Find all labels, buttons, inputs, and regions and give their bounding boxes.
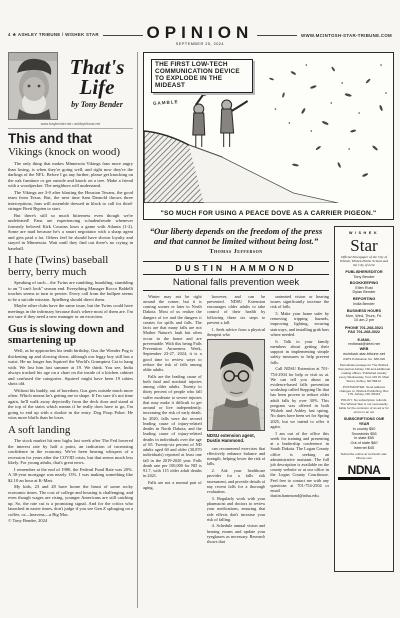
press-freedom-quote: “Our liberty depends on the freedom of t… <box>143 222 329 259</box>
dustin-hammond-photo <box>207 339 266 431</box>
paragraph: But there's still so much bitterness eve… <box>8 213 133 252</box>
paragraph: The stock market hit new highs last week… <box>8 438 133 466</box>
tony-bender-photo <box>8 52 58 120</box>
article-column-3: untreated vision or hearing issues signi… <box>270 294 329 546</box>
ndna-wordmark: NDNA <box>338 464 390 476</box>
page-content: That's Life by Tony Bender www.tonybende… <box>0 48 400 608</box>
thats-life-logo: That's Life by Tony Bender <box>61 52 133 109</box>
paragraph: My kids, 23 and 28 have borne the brunt … <box>8 484 133 517</box>
subscription-rates: In county $50Snowbirds $55In state $55Ou… <box>338 427 390 452</box>
postmaster-notice: POSTMASTER: Send address changes to: Wis… <box>338 386 390 398</box>
paragraph: 4. Schedule annual vision and hearing ex… <box>207 523 266 544</box>
story-body-4: The stock market hit new highs last week… <box>8 438 133 517</box>
newspaper-page: 4 ★ ASHLEY TRIBUNE / WISHEK STAR OPINION… <box>0 0 400 618</box>
story-headline-gus: Gus is slowing down and smartening up <box>8 324 133 347</box>
column-logo-byline: by Tony Bender <box>61 100 133 109</box>
paragraph: Without his buddy, out of boredom, Gus g… <box>8 388 133 421</box>
header-rule-left <box>103 35 143 36</box>
story-headline-this-and-that: This and that <box>8 132 133 146</box>
article-column-2: however, and can be prevented. NDSU Exte… <box>207 294 266 546</box>
web-address: mcintosh-star-tribune.net <box>338 352 390 357</box>
copyright-line: © Tony Bender, 2024 <box>8 518 133 523</box>
author-urls: www.tonybender.net • ashleytribune.net <box>8 120 133 129</box>
story-headline-soft-landing: A soft landing <box>8 425 133 436</box>
story-headline-twins: I hate (Twins) baseball berry, berry muc… <box>8 255 133 278</box>
paragraph: Falls are not a normal part of aging, <box>143 480 202 490</box>
ndna-logo: NDNA <box>338 464 390 480</box>
paragraph: can recommend exercises that effectively… <box>207 446 266 467</box>
paragraph: 3. Regularly work with your pharmacist a… <box>207 496 266 522</box>
bookkeeping-names: Ellen RustDylan Bender <box>338 286 390 296</box>
masthead-logo: Star <box>338 237 390 254</box>
paragraph: Winter may not be right around the corne… <box>143 294 202 373</box>
thats-life-header: That's Life by Tony Bender <box>8 52 133 120</box>
publisher-name: Tony Bender <box>338 275 390 280</box>
subscriptions-label: SUBSCRIPTIONS ONE YEAR <box>338 417 390 426</box>
paragraph: I remember at the end of 1980, the Feder… <box>8 467 133 484</box>
cartoon-sign: THE FIRST LOW-TECH COMMUNICATION DEVICE … <box>151 59 253 93</box>
paragraph: Maybe other clubs have the same issue, b… <box>8 303 133 320</box>
story-body-1: The only thing that makes Minnesota Viki… <box>8 161 133 251</box>
quote-attribution: Thomas Jefferson <box>149 248 323 255</box>
issue-date: SEPTEMBER 25, 2024 <box>147 42 254 46</box>
subscribe-online-note: Subscribe online at mcintosh-star-tribun… <box>338 453 390 461</box>
quote-text: “Our liberty depends on the freedom of t… <box>149 227 323 247</box>
paragraph: Internet $45 <box>338 446 390 451</box>
photo-caption: NDSU extension agent, Dustin Hammond. <box>207 433 266 444</box>
article-title: National falls prevention week <box>143 275 329 291</box>
thats-life-column: That's Life by Tony Bender www.tonybende… <box>8 52 138 608</box>
header-website: WWW.MCINTOSH-STAR-TRIBUNE.COM <box>301 33 392 38</box>
ndna-banner <box>338 477 390 480</box>
section-header: OPINION SEPTEMBER 25, 2024 <box>147 24 254 46</box>
paragraph: untreated vision or hearing issues signi… <box>270 294 329 310</box>
lower-section: “Our liberty depends on the freedom of t… <box>143 222 394 608</box>
article-byline: DUSTIN HAMMOND <box>143 261 329 275</box>
paragraph: 5. Make your home safer by removing trip… <box>270 311 329 337</box>
paragraph: 6. Talk to your family members about get… <box>270 339 329 365</box>
usps-number: USPS Publication No. 688-020 <box>338 358 390 362</box>
legal-notice: Periodicals postage for The Wishek Star … <box>338 364 390 383</box>
paragraph: however, and can be prevented. NDSU Exte… <box>207 294 266 325</box>
editorial-cartoon: THE FIRST LOW-TECH COMMUNICATION DEVICE … <box>143 52 394 220</box>
main-column: THE FIRST LOW-TECH COMMUNICATION DEVICE … <box>143 52 394 608</box>
hammond-article: “Our liberty depends on the freedom of t… <box>143 222 329 608</box>
story-subhead-vikings: Vikings (knock on wood) <box>8 147 133 158</box>
header-rule-right <box>257 35 297 36</box>
paragraph: The only thing that makes Minnesota Viki… <box>8 161 133 189</box>
column-logo-title: That's Life <box>61 58 133 98</box>
article-columns: Winter may not be right around the corne… <box>143 294 329 546</box>
cartoon-caption: "SO MUCH FOR USING A PEACE DOVE AS A CAR… <box>144 210 393 217</box>
policy-notice: POLICY: No subscription refunds. The Wis… <box>338 399 390 414</box>
paragraph: I am out of the office this week for tra… <box>270 431 329 499</box>
paragraph: Well, as he approaches his tenth birthda… <box>8 348 133 387</box>
portrait-illustration <box>208 340 265 430</box>
business-hours-time: 10 am-2 pm <box>338 318 390 323</box>
fax-line: FAX 701-268-3022 <box>338 330 390 335</box>
header-left-label: 4 ★ ASHLEY TRIBUNE / WISHEK STAR <box>8 32 99 38</box>
story-body-2: Speaking of such... the Twins are rumbli… <box>8 280 133 320</box>
paragraph: Dylan Bender <box>338 290 390 295</box>
article-column-1: Winter may not be right around the corne… <box>143 294 202 546</box>
paragraph: 1. Seek advice from a physical therapist… <box>207 327 266 337</box>
star-masthead-box: WISHEK Star Official Newspaper of the Ci… <box>334 226 394 572</box>
paragraph: The Vikings are 3-0 after blasting the H… <box>8 190 133 212</box>
page-header: 4 ★ ASHLEY TRIBUNE / WISHEK STAR OPINION… <box>0 0 400 48</box>
article-column-2-top: however, and can be prevented. NDSU Exte… <box>207 294 266 337</box>
story-body-3: Well, as he approaches his tenth birthda… <box>8 348 133 421</box>
official-newspaper-note: Official Newspaper of the City of Wishek… <box>338 255 390 268</box>
cartoon-sign-line-3: TO EXPLODE IN THE MIDEAST <box>155 76 249 90</box>
section-title: OPINION <box>147 24 254 41</box>
paragraph: Call NDSU Extension at 701-754-2504 for … <box>270 366 329 429</box>
paragraph: 2. Ask your healthcare provider for a fa… <box>207 468 266 494</box>
paragraph: Speaking of such... the Twins are rumbli… <box>8 280 133 302</box>
publisher-label: PUBLISHER/EDITOR <box>338 270 390 275</box>
article-column-2-bottom: can recommend exercises that effectively… <box>207 446 266 545</box>
portrait-illustration <box>9 53 58 120</box>
reporting-name: India Bender <box>338 302 390 307</box>
paragraph: Falls are the leading cause of both fata… <box>143 374 202 479</box>
